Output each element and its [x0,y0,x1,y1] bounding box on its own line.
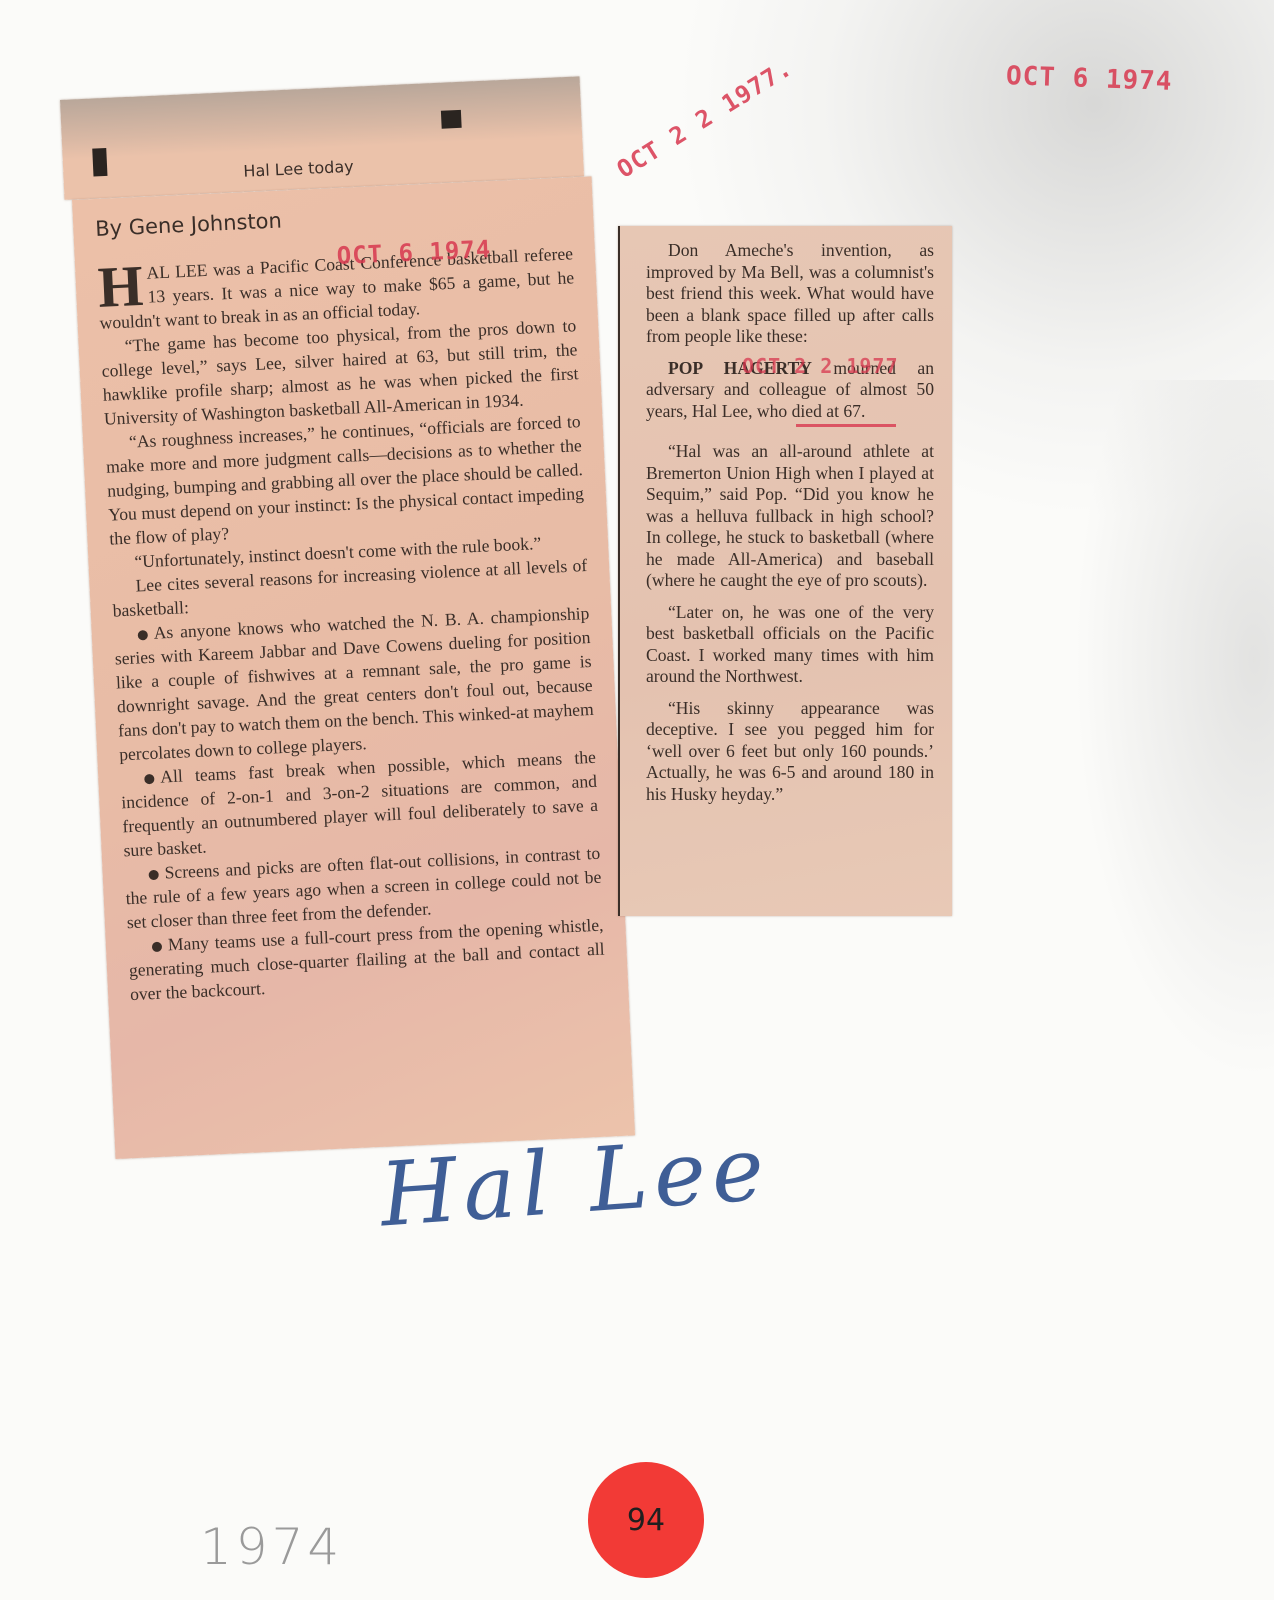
main-article-clipping: By Gene Johnston OCT 6 1974 HAL LEE was … [72,176,635,1159]
byline: By Gene Johnston [95,195,572,241]
article-body: HAL LEE was a Pacific Coast Conference b… [97,241,606,1006]
page-number: 94 [627,1503,665,1538]
side-paragraph: “His skinny appearance was deceptive. I … [646,698,934,806]
bullet-icon [152,942,162,952]
bullet-item: As anyone knows who watched the N. B. A.… [113,601,595,766]
side-article-clipping: Don Ameche's invention, as improved by M… [618,226,952,916]
article-paragraph: “As roughness increases,” he continues, … [105,409,586,550]
red-underline-mark [796,424,896,427]
bullet-icon [138,630,148,640]
dropcap: H [97,263,144,311]
date-stamp-side-top: OCT 2 2 1977. [612,54,797,184]
handwritten-year: 1974 [200,1518,343,1576]
date-stamp-side-inline: OCT 2 2 1977 [742,354,899,378]
side-paragraph: “Later on, he was one of the very best b… [646,602,934,688]
photo-fragment [92,148,107,177]
page-number-sticker: 94 [588,1462,704,1578]
date-stamp-top-right: OCT 6 1974 [1006,61,1173,97]
paper-smudge-edge [1074,380,1274,1080]
side-intro: Don Ameche's invention, as improved by M… [646,240,934,348]
lead-caps: AL LEE [146,260,208,283]
photo-caption: Hal Lee today [243,157,354,181]
bullet-icon [144,774,154,784]
bullet-icon [148,870,158,880]
photo-fragment [441,110,462,129]
side-paragraph: “Hal was an all-around athlete at Bremer… [646,441,934,592]
